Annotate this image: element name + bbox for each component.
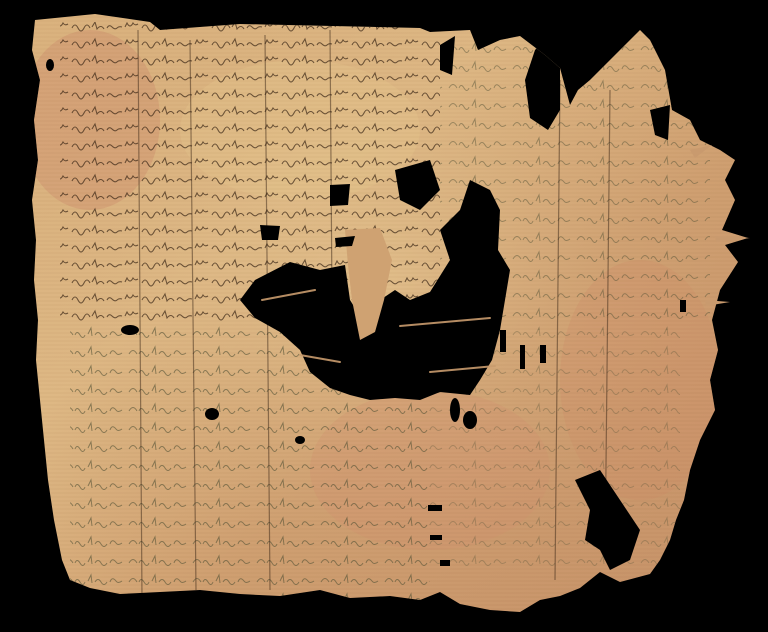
papyrus-sheet (0, 0, 768, 632)
papyrus-fragment (0, 0, 768, 632)
photo-stage (0, 0, 768, 632)
